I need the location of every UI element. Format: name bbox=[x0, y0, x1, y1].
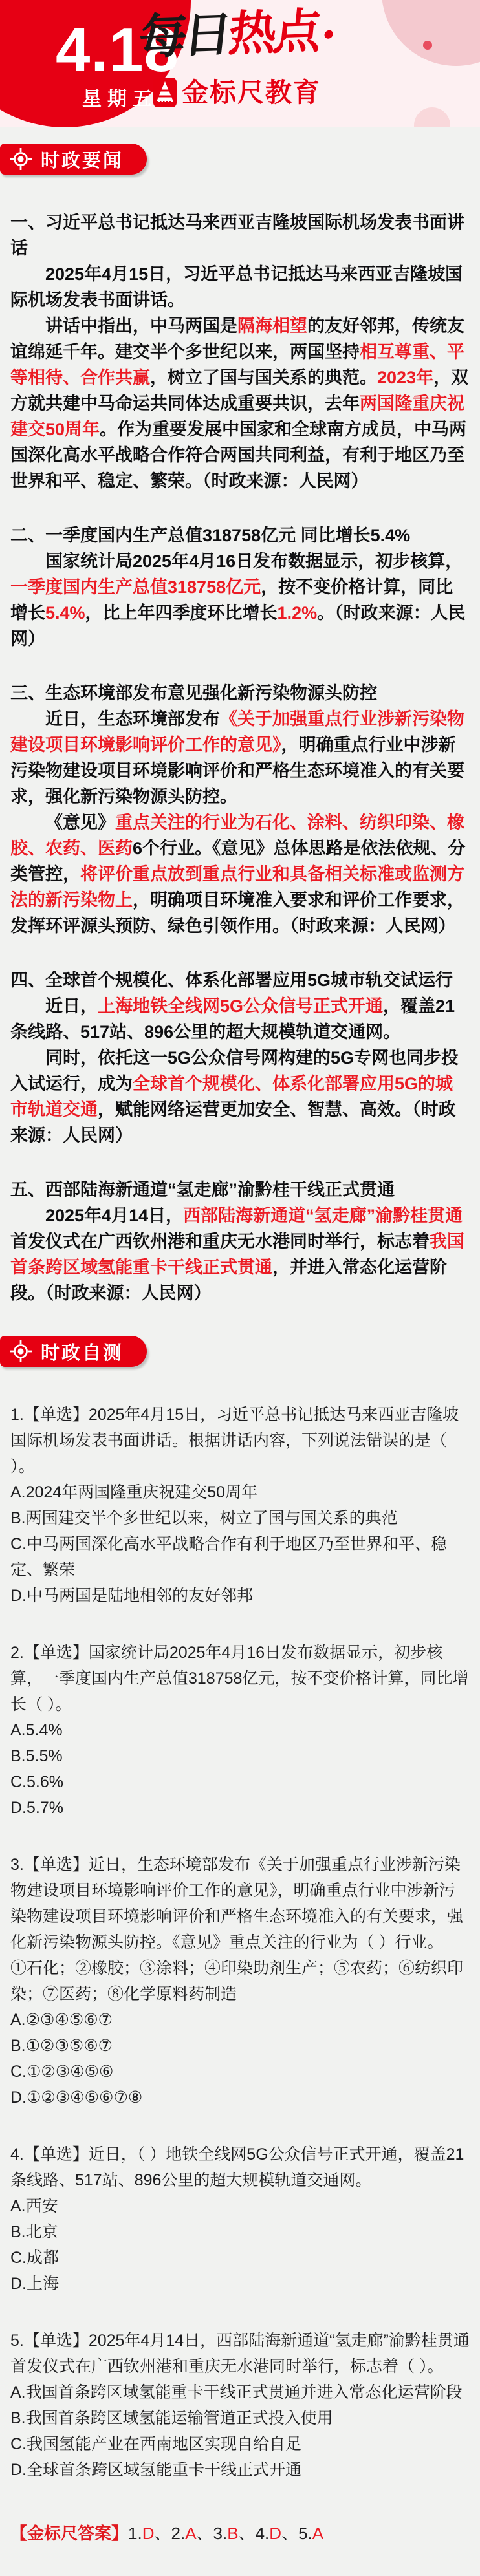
news-section-title: 三、生态环境部发布意见强化新污染物源头防控 bbox=[10, 680, 470, 706]
quiz-questions: 1.【单选】2025年4月15日，习近平总书记抵达马来西亚吉隆坡国际机场发表书面… bbox=[10, 1402, 470, 2483]
quiz-question: 5.【单选】2025年4月14日，西部陆海新通道“氢走廊”渝黔桂贯通首发仪式在广… bbox=[10, 2328, 470, 2483]
question-option: D.①②③④⑤⑥⑦⑧ bbox=[10, 2085, 470, 2110]
brush-dot-icon bbox=[324, 30, 333, 38]
news-paragraph: 2025年4月15日，习近平总书记抵达马来西亚吉隆坡国际机场发表书面讲话。 bbox=[10, 261, 470, 313]
news-paragraph: 同时，依托这一5G公众信号网构建的5G专网也同步投入试运行，成为全球首个规模化、… bbox=[10, 1045, 470, 1148]
crosshair-icon bbox=[9, 147, 32, 171]
text-run: 讲话中指出，中马两国是 bbox=[45, 316, 237, 336]
news-section: 五、西部陆海新通道“氢走廊”渝黔桂干线正式贯通2025年4月14日，西部陆海新通… bbox=[10, 1177, 470, 1306]
highlighted-text-run: 5.4% bbox=[45, 603, 85, 623]
decor-circle-large bbox=[382, 0, 480, 66]
news-section-title: 一、习近平总书记抵达马来西亚吉隆坡国际机场发表书面讲话 bbox=[10, 209, 470, 261]
question-option: B.北京 bbox=[10, 2219, 470, 2245]
question-option: A.2024年两国隆重庆祝建交50周年 bbox=[10, 1479, 470, 1505]
question-stem: 3.【单选】近日，生态环境部发布《关于加强重点行业涉新污染物建设项目环境影响评价… bbox=[10, 1852, 470, 1955]
question-option: D.上海 bbox=[10, 2271, 470, 2297]
question-option: B.我国首条跨区域氢能运输管道正式投入使用 bbox=[10, 2405, 470, 2431]
daily-hotspot-calligraphy: 每日热点 bbox=[136, 0, 336, 69]
quiz-question: 3.【单选】近日，生态环境部发布《关于加强重点行业涉新污染物建设项目环境影响评价… bbox=[10, 1852, 470, 2110]
news-section: 一、习近平总书记抵达马来西亚吉隆坡国际机场发表书面讲话2025年4月15日，习近… bbox=[10, 209, 470, 494]
page: 4.18 星期五 每日热点 金标尺教育 时政要闻 一、习近平总书记抵达马来西亚吉… bbox=[0, 0, 480, 2576]
answer-separator: 、 bbox=[239, 2524, 256, 2543]
answer-separator: 、 bbox=[197, 2524, 213, 2543]
quiz-question: 1.【单选】2025年4月15日，习近平总书记抵达马来西亚吉隆坡国际机场发表书面… bbox=[10, 1402, 470, 1609]
text-run: 2025年4月15日，习近平总书记抵达马来西亚吉隆坡国际机场发表书面讲话。 bbox=[10, 264, 463, 310]
question-option: B.①②③⑤⑥⑦ bbox=[10, 2033, 470, 2059]
answer-key: 【金标尺答案】1.D、2.A、3.B、4.D、5.A bbox=[0, 2520, 480, 2576]
brand-row: 金标尺教育 bbox=[153, 78, 321, 107]
question-option: A.②③④⑤⑥⑦ bbox=[10, 2007, 470, 2033]
highlighted-text-run: 上海地铁全线网5G公众信号正式开通 bbox=[98, 996, 383, 1016]
answer-letter: D bbox=[142, 2524, 155, 2543]
answer-number: 1. bbox=[128, 2524, 142, 2543]
calligraphy-red: 热点 bbox=[226, 4, 321, 61]
question-stem: 1.【单选】2025年4月15日，习近平总书记抵达马来西亚吉隆坡国际机场发表书面… bbox=[10, 1402, 470, 1479]
decor-circle-small bbox=[414, 107, 450, 127]
section-badge-quiz-label: 时政自测 bbox=[41, 1338, 124, 1365]
news-section: 二、一季度国内生产总值318758亿元 同比增长5.4%国家统计局2025年4月… bbox=[10, 522, 470, 652]
question-stem: 5.【单选】2025年4月14日，西部陆海新通道“氢走廊”渝黔桂贯通首发仪式在广… bbox=[10, 2328, 470, 2379]
highlighted-text-run: 1.2% bbox=[278, 603, 318, 623]
question-option: B.两国建交半个多世纪以来，树立了国与国关系的典范 bbox=[10, 1505, 470, 1531]
answer-number: 5. bbox=[298, 2524, 312, 2543]
answer-letter: D bbox=[269, 2524, 281, 2543]
news-paragraph: 近日，上海地铁全线网5G公众信号正式开通，覆盖21条线路、517站、896公里的… bbox=[10, 993, 470, 1045]
question-stem: 2.【单选】国家统计局2025年4月16日发布数据显示，初步核算，一季度国内生产… bbox=[10, 1640, 470, 1717]
news-paragraph: 近日，生态环境部发布《关于加强重点行业涉新污染物建设项目环境影响评价工作的意见》… bbox=[10, 706, 470, 810]
answer-number: 3. bbox=[213, 2524, 228, 2543]
question-stem: 4.【单选】近日，（ ）地铁全线网5G公众信号正式开通，覆盖21条线路、517站… bbox=[10, 2141, 470, 2193]
question-item-list: ①石化；②橡胶；③涂料；④印染助剂生产；⑤农药；⑥纺织印染；⑦医药；⑧化学原料药… bbox=[10, 1955, 470, 2007]
question-option: D.中马两国是陆地相邻的友好邻邦 bbox=[10, 1583, 470, 1609]
answer-letter: A bbox=[185, 2524, 196, 2543]
news-section-title: 四、全球首个规模化、体系化部署应用5G城市轨交试运行 bbox=[10, 967, 470, 993]
answer-letter: B bbox=[227, 2524, 238, 2543]
news-section: 三、生态环境部发布意见强化新污染物源头防控近日，生态环境部发布《关于加强重点行业… bbox=[10, 680, 470, 939]
text-run: 近日，生态环境部发布 bbox=[45, 709, 220, 729]
quiz-content: 1.【单选】2025年4月15日，习近平总书记抵达马来西亚吉隆坡国际机场发表书面… bbox=[0, 1402, 480, 2483]
text-run: ，比上年四季度环比增长 bbox=[85, 603, 278, 623]
answer-key-label: 【金标尺答案】 bbox=[10, 2524, 128, 2543]
highlighted-text-run: 西部陆海新通道“氢走廊”渝黔桂贯通 bbox=[183, 1206, 463, 1225]
header-banner: 4.18 星期五 每日热点 金标尺教育 bbox=[0, 0, 480, 127]
news-paragraph: 《意见》重点关注的行业为石化、涂料、纺织印染、橡胶、农药、医药6个行业。《意见》… bbox=[10, 810, 470, 939]
question-option: C.中马两国深化高水平战略合作有利于地区乃至世界和平、稳定、繁荣 bbox=[10, 1531, 470, 1583]
question-option: A.西安 bbox=[10, 2193, 470, 2219]
answer-number: 4. bbox=[256, 2524, 270, 2543]
text-run: 近日， bbox=[45, 996, 98, 1016]
section-badge-quiz: 时政自测 bbox=[0, 1336, 147, 1367]
question-option: D.5.7% bbox=[10, 1795, 470, 1821]
news-content: 一、习近平总书记抵达马来西亚吉隆坡国际机场发表书面讲话2025年4月15日，习近… bbox=[0, 209, 480, 1306]
question-option: A.5.4% bbox=[10, 1717, 470, 1743]
text-run: 国家统计局2025年4月16日发布数据显示，初步核算， bbox=[45, 552, 463, 571]
brand-logo-icon bbox=[153, 78, 177, 107]
news-paragraph: 讲话中指出，中马两国是隔海相望的友好邻邦，传统友谊绵延千年。建交半个多世纪以来，… bbox=[10, 313, 470, 494]
news-sections: 一、习近平总书记抵达马来西亚吉隆坡国际机场发表书面讲话2025年4月15日，习近… bbox=[10, 209, 470, 1306]
question-option: C.5.6% bbox=[10, 1769, 470, 1795]
question-option: B.5.5% bbox=[10, 1743, 470, 1769]
quiz-question: 2.【单选】国家统计局2025年4月16日发布数据显示，初步核算，一季度国内生产… bbox=[10, 1640, 470, 1821]
news-section-title: 二、一季度国内生产总值318758亿元 同比增长5.4% bbox=[10, 522, 470, 548]
section-badge-news-label: 时政要闻 bbox=[41, 146, 124, 173]
text-run: 2025年4月14日， bbox=[45, 1206, 183, 1225]
question-option: C.我国氢能产业在西南地区实现自给自足 bbox=[10, 2431, 470, 2457]
highlighted-text-run: 隔海相望 bbox=[237, 316, 307, 336]
crosshair-icon bbox=[9, 1340, 32, 1363]
answer-separator: 、 bbox=[281, 2524, 298, 2543]
news-paragraph: 2025年4月14日，西部陆海新通道“氢走廊”渝黔桂贯通首发仪式在广西钦州港和重… bbox=[10, 1203, 470, 1306]
answer-separator: 、 bbox=[154, 2524, 171, 2543]
calligraphy-black: 每日 bbox=[136, 7, 232, 64]
news-paragraph: 国家统计局2025年4月16日发布数据显示，初步核算，一季度国内生产总值3187… bbox=[10, 548, 470, 652]
brand-name: 金标尺教育 bbox=[182, 80, 321, 106]
quiz-question: 4.【单选】近日，（ ）地铁全线网5G公众信号正式开通，覆盖21条线路、517站… bbox=[10, 2141, 470, 2297]
section-badge-news: 时政要闻 bbox=[0, 144, 147, 175]
question-option: A.我国首条跨区域氢能重卡干线正式贯通并进入常态化运营阶段 bbox=[10, 2379, 470, 2405]
answer-number: 2. bbox=[171, 2524, 186, 2543]
decor-dot-red bbox=[423, 41, 432, 50]
highlighted-text-run: 一季度国内生产总值318758亿元 bbox=[10, 577, 261, 597]
answer-letter: A bbox=[312, 2524, 323, 2543]
question-option: D.全球首条跨区域氢能重卡干线正式开通 bbox=[10, 2457, 470, 2483]
text-run: ，树立了国与国关系的典范。 bbox=[150, 368, 377, 387]
question-option: C.成都 bbox=[10, 2245, 470, 2271]
question-option: C.①②③④⑤⑥ bbox=[10, 2059, 470, 2085]
text-run: 《意见》 bbox=[45, 813, 115, 832]
text-run: 首发仪式在广西钦州港和重庆无水港同时举行，标志着 bbox=[10, 1232, 430, 1251]
highlighted-text-run: 2023年 bbox=[377, 368, 433, 387]
news-section-title: 五、西部陆海新通道“氢走廊”渝黔桂干线正式贯通 bbox=[10, 1177, 470, 1203]
news-section: 四、全球首个规模化、体系化部署应用5G城市轨交试运行近日，上海地铁全线网5G公众… bbox=[10, 967, 470, 1148]
